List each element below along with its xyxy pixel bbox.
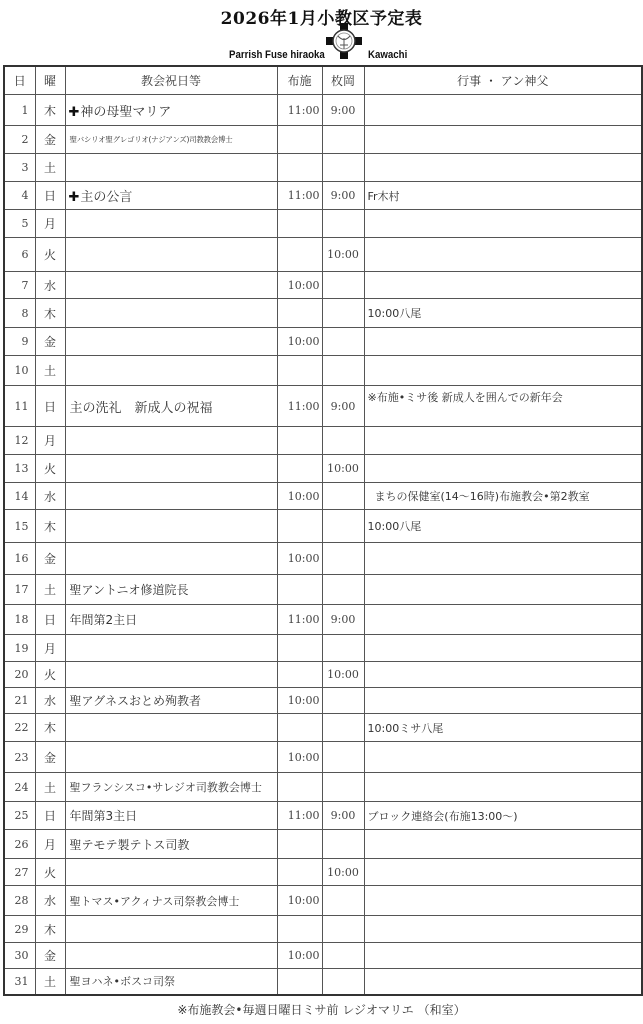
hiraoka-time-cell	[322, 210, 364, 238]
event-cell	[364, 916, 642, 943]
weekday-cell: 火	[35, 859, 65, 886]
day-cell: 25	[4, 802, 35, 830]
day-cell: 23	[4, 742, 35, 773]
weekday-cell: 月	[35, 427, 65, 455]
event-cell	[364, 210, 642, 238]
hiraoka-time-cell: 10:00	[322, 238, 364, 272]
table-row: 25日年間第3主日11:009:00ブロック連絡会(布施13:00〜)	[4, 802, 642, 830]
fuse-time-cell	[277, 662, 322, 688]
event-cell	[364, 635, 642, 662]
fuse-time-cell	[277, 126, 322, 154]
table-row: 1木✚神の母聖マリア11:009:00	[4, 95, 642, 126]
weekday-cell: 日	[35, 802, 65, 830]
day-cell: 26	[4, 830, 35, 859]
feast-cell	[65, 238, 277, 272]
day-cell: 1	[4, 95, 35, 126]
event-cell	[364, 662, 642, 688]
fuse-time-cell	[277, 210, 322, 238]
fuse-time-cell	[277, 773, 322, 802]
hiraoka-time-cell	[322, 427, 364, 455]
event-cell	[364, 95, 642, 126]
day-cell: 4	[4, 182, 35, 210]
hiraoka-time-cell	[322, 575, 364, 605]
table-row: 22木10:00ミサ八尾	[4, 714, 642, 742]
fuse-time-cell	[277, 455, 322, 483]
feast-cell	[65, 154, 277, 182]
column-header-hiraoka: 枚岡	[322, 66, 364, 95]
table-row: 6火10:00	[4, 238, 642, 272]
table-row: 19月	[4, 635, 642, 662]
feast-label: 聖バシリオ聖グレゴリオ(ナジアンズ)司教教会博士	[70, 135, 233, 144]
weekday-cell: 土	[35, 356, 65, 386]
fuse-time-cell: 11:00	[277, 605, 322, 635]
fuse-time-cell	[277, 969, 322, 995]
day-cell: 27	[4, 859, 35, 886]
feast-label: 神の母聖マリア	[80, 105, 171, 120]
fuse-time-cell	[277, 238, 322, 272]
day-cell: 19	[4, 635, 35, 662]
fuse-time-cell	[277, 510, 322, 543]
feast-label: 聖アントニオ修道院長	[70, 583, 189, 597]
column-header-weekday: 曜	[35, 66, 65, 95]
event-cell: ※布施•ミサ後 新成人を囲んでの新年会	[364, 386, 642, 427]
feast-cell: ✚神の母聖マリア	[65, 95, 277, 126]
event-cell	[364, 688, 642, 714]
hiraoka-time-cell: 9:00	[322, 802, 364, 830]
feast-label: 年間第3主日	[70, 809, 138, 823]
feast-cell: 年間第2主日	[65, 605, 277, 635]
feast-label: 聖テモテ製テトス司教	[70, 838, 190, 852]
fuse-time-cell: 11:00	[277, 386, 322, 427]
fuse-time-cell: 11:00	[277, 95, 322, 126]
fuse-time-cell: 10:00	[277, 742, 322, 773]
hiraoka-time-cell	[322, 272, 364, 299]
fuse-time-cell: 10:00	[277, 688, 322, 714]
weekday-cell: 木	[35, 916, 65, 943]
hiraoka-time-cell	[322, 483, 364, 510]
column-header-fuse: 布施	[277, 66, 322, 95]
fuse-time-cell: 10:00	[277, 328, 322, 356]
event-cell	[364, 272, 642, 299]
weekday-cell: 水	[35, 886, 65, 916]
table-row: 30金10:00	[4, 943, 642, 969]
fuse-time-cell: 11:00	[277, 802, 322, 830]
schedule-table: 日 曜 教会祝日等 布施 枚岡 行事 ・ アン神父 1木✚神の母聖マリア11:0…	[3, 65, 643, 996]
fuse-time-cell: 10:00	[277, 943, 322, 969]
table-row: 27火10:00	[4, 859, 642, 886]
feast-label: 主の洗礼 新成人の祝福	[70, 401, 213, 416]
event-cell	[364, 575, 642, 605]
hiraoka-time-cell	[322, 635, 364, 662]
hiraoka-time-cell: 9:00	[322, 605, 364, 635]
feast-label: 聖トマス•アクィナス司祭教会博士	[70, 895, 240, 908]
feast-cell: 聖バシリオ聖グレゴリオ(ナジアンズ)司教教会博士	[65, 126, 277, 154]
table-row: 23金10:00	[4, 742, 642, 773]
event-cell	[364, 126, 642, 154]
parish-name-right: Kawachi	[368, 49, 407, 61]
weekday-cell: 金	[35, 943, 65, 969]
table-row: 17土聖アントニオ修道院長	[4, 575, 642, 605]
table-row: 3土	[4, 154, 642, 182]
weekday-cell: 金	[35, 126, 65, 154]
day-cell: 17	[4, 575, 35, 605]
hiraoka-time-cell	[322, 969, 364, 995]
fuse-time-cell	[277, 635, 322, 662]
day-cell: 31	[4, 969, 35, 995]
day-cell: 29	[4, 916, 35, 943]
feast-cell: 聖アグネスおとめ殉教者	[65, 688, 277, 714]
event-cell: ブロック連絡会(布施13:00〜)	[364, 802, 642, 830]
weekday-cell: 月	[35, 635, 65, 662]
feast-cell	[65, 483, 277, 510]
table-row: 26月聖テモテ製テトス司教	[4, 830, 642, 859]
weekday-cell: 土	[35, 575, 65, 605]
hiraoka-time-cell	[322, 299, 364, 328]
event-cell	[364, 943, 642, 969]
event-cell	[364, 742, 642, 773]
day-cell: 7	[4, 272, 35, 299]
fuse-time-cell	[277, 575, 322, 605]
weekday-cell: 月	[35, 830, 65, 859]
day-cell: 22	[4, 714, 35, 742]
cross-icon: ✚	[69, 105, 80, 120]
weekday-cell: 土	[35, 154, 65, 182]
cross-icon: ✚	[69, 190, 80, 205]
hiraoka-time-cell	[322, 328, 364, 356]
feast-cell	[65, 635, 277, 662]
feast-cell	[65, 943, 277, 969]
feast-cell	[65, 916, 277, 943]
feast-cell: 聖アントニオ修道院長	[65, 575, 277, 605]
feast-cell	[65, 299, 277, 328]
event-cell	[364, 543, 642, 575]
day-cell: 15	[4, 510, 35, 543]
fuse-time-cell	[277, 299, 322, 328]
feast-label: 主の公言	[80, 190, 132, 205]
weekday-cell: 水	[35, 688, 65, 714]
feast-cell	[65, 210, 277, 238]
table-row: 14水10:00まちの保健室(14〜16時)布施教会•第2教室	[4, 483, 642, 510]
weekday-cell: 木	[35, 299, 65, 328]
event-cell	[364, 605, 642, 635]
feast-label: 聖ヨハネ•ボスコ司祭	[70, 975, 176, 988]
hiraoka-time-cell: 10:00	[322, 662, 364, 688]
hiraoka-time-cell: 9:00	[322, 182, 364, 210]
event-cell	[364, 773, 642, 802]
feast-cell: 年間第3主日	[65, 802, 277, 830]
event-cell	[364, 859, 642, 886]
fuse-time-cell	[277, 830, 322, 859]
day-cell: 3	[4, 154, 35, 182]
hiraoka-time-cell	[322, 773, 364, 802]
event-cell	[364, 830, 642, 859]
fuse-time-cell	[277, 154, 322, 182]
weekday-cell: 金	[35, 742, 65, 773]
hiraoka-time-cell: 9:00	[322, 95, 364, 126]
table-row: 9金10:00	[4, 328, 642, 356]
feast-cell: 主の洗礼 新成人の祝福	[65, 386, 277, 427]
hiraoka-time-cell: 10:00	[322, 455, 364, 483]
feast-cell	[65, 510, 277, 543]
hiraoka-time-cell	[322, 543, 364, 575]
feast-cell	[65, 662, 277, 688]
feast-cell: 聖ヨハネ•ボスコ司祭	[65, 969, 277, 995]
hiraoka-time-cell	[322, 510, 364, 543]
parish-name-left: Parrish Fuse hiraoka	[229, 49, 325, 61]
table-row: 18日年間第2主日11:009:00	[4, 605, 642, 635]
table-row: 5月	[4, 210, 642, 238]
feast-cell: 聖フランシスコ•サレジオ司教教会博士	[65, 773, 277, 802]
feast-label: 年間第2主日	[70, 613, 138, 627]
weekday-cell: 火	[35, 238, 65, 272]
event-cell	[364, 427, 642, 455]
table-row: 12月	[4, 427, 642, 455]
feast-cell	[65, 427, 277, 455]
day-cell: 12	[4, 427, 35, 455]
feast-cell	[65, 328, 277, 356]
table-row: 20火10:00	[4, 662, 642, 688]
weekday-cell: 日	[35, 182, 65, 210]
fuse-time-cell	[277, 356, 322, 386]
feast-cell	[65, 455, 277, 483]
weekday-cell: 火	[35, 662, 65, 688]
day-cell: 6	[4, 238, 35, 272]
event-cell: まちの保健室(14〜16時)布施教会•第2教室	[364, 483, 642, 510]
hiraoka-time-cell: 10:00	[322, 859, 364, 886]
table-row: 11日主の洗礼 新成人の祝福11:009:00※布施•ミサ後 新成人を囲んでの新…	[4, 386, 642, 427]
day-cell: 5	[4, 210, 35, 238]
feast-cell	[65, 543, 277, 575]
page-title: 2026年1月小教区予定表	[0, 4, 643, 29]
fuse-time-cell: 11:00	[277, 182, 322, 210]
fuse-time-cell: 10:00	[277, 483, 322, 510]
weekday-cell: 日	[35, 386, 65, 427]
weekday-cell: 土	[35, 773, 65, 802]
day-cell: 28	[4, 886, 35, 916]
hiraoka-time-cell	[322, 688, 364, 714]
day-cell: 30	[4, 943, 35, 969]
weekday-cell: 水	[35, 483, 65, 510]
weekday-cell: 日	[35, 605, 65, 635]
table-row: 10土	[4, 356, 642, 386]
hiraoka-time-cell	[322, 154, 364, 182]
hiraoka-time-cell: 9:00	[322, 386, 364, 427]
footer-note: ※布施教会•毎週日曜日ミサ前 レジオマリエ （和室）	[0, 1001, 643, 1018]
day-cell: 10	[4, 356, 35, 386]
table-row: 21水聖アグネスおとめ殉教者10:00	[4, 688, 642, 714]
weekday-cell: 火	[35, 455, 65, 483]
weekday-cell: 月	[35, 210, 65, 238]
table-row: 15木10:00八尾	[4, 510, 642, 543]
weekday-cell: 土	[35, 969, 65, 995]
weekday-cell: 木	[35, 714, 65, 742]
event-cell	[364, 238, 642, 272]
feast-cell	[65, 859, 277, 886]
table-row: 31土聖ヨハネ•ボスコ司祭	[4, 969, 642, 995]
feast-cell	[65, 742, 277, 773]
table-header-row: 日 曜 教会祝日等 布施 枚岡 行事 ・ アン神父	[4, 66, 642, 95]
hiraoka-time-cell	[322, 126, 364, 154]
column-header-day: 日	[4, 66, 35, 95]
hiraoka-time-cell	[322, 886, 364, 916]
day-cell: 24	[4, 773, 35, 802]
feast-cell	[65, 272, 277, 299]
day-cell: 16	[4, 543, 35, 575]
table-row: 13火10:00	[4, 455, 642, 483]
table-row: 24土聖フランシスコ•サレジオ司教教会博士	[4, 773, 642, 802]
table-row: 4日✚主の公言11:009:00Fr木村	[4, 182, 642, 210]
day-cell: 21	[4, 688, 35, 714]
hiraoka-time-cell	[322, 742, 364, 773]
table-row: 29木	[4, 916, 642, 943]
event-cell	[364, 455, 642, 483]
fuse-time-cell: 10:00	[277, 886, 322, 916]
event-cell	[364, 328, 642, 356]
day-cell: 2	[4, 126, 35, 154]
weekday-cell: 水	[35, 272, 65, 299]
event-cell: Fr木村	[364, 182, 642, 210]
day-cell: 18	[4, 605, 35, 635]
day-cell: 13	[4, 455, 35, 483]
column-header-events: 行事 ・ アン神父	[364, 66, 642, 95]
table-row: 8木10:00八尾	[4, 299, 642, 328]
weekday-cell: 木	[35, 510, 65, 543]
day-cell: 14	[4, 483, 35, 510]
feast-cell	[65, 714, 277, 742]
cross-emblem-icon	[326, 23, 362, 59]
fuse-time-cell	[277, 916, 322, 943]
event-cell: 10:00ミサ八尾	[364, 714, 642, 742]
feast-label: 聖アグネスおとめ殉教者	[70, 694, 202, 708]
table-row: 7水10:00	[4, 272, 642, 299]
fuse-time-cell	[277, 714, 322, 742]
fuse-time-cell: 10:00	[277, 543, 322, 575]
hiraoka-time-cell	[322, 356, 364, 386]
event-cell: 10:00八尾	[364, 299, 642, 328]
day-cell: 9	[4, 328, 35, 356]
fuse-time-cell	[277, 859, 322, 886]
day-cell: 8	[4, 299, 35, 328]
event-cell	[364, 154, 642, 182]
event-cell	[364, 969, 642, 995]
day-cell: 11	[4, 386, 35, 427]
day-cell: 20	[4, 662, 35, 688]
feast-cell: 聖テモテ製テトス司教	[65, 830, 277, 859]
fuse-time-cell	[277, 427, 322, 455]
weekday-cell: 金	[35, 328, 65, 356]
feast-cell	[65, 356, 277, 386]
weekday-cell: 金	[35, 543, 65, 575]
hiraoka-time-cell	[322, 830, 364, 859]
table-row: 16金10:00	[4, 543, 642, 575]
column-header-feast: 教会祝日等	[65, 66, 277, 95]
hiraoka-time-cell	[322, 714, 364, 742]
weekday-cell: 木	[35, 95, 65, 126]
feast-cell: ✚主の公言	[65, 182, 277, 210]
feast-cell: 聖トマス•アクィナス司祭教会博士	[65, 886, 277, 916]
feast-label: 聖フランシスコ•サレジオ司教教会博士	[70, 781, 262, 794]
hiraoka-time-cell	[322, 943, 364, 969]
fuse-time-cell: 10:00	[277, 272, 322, 299]
event-cell	[364, 886, 642, 916]
hiraoka-time-cell	[322, 916, 364, 943]
event-cell	[364, 356, 642, 386]
table-row: 28水聖トマス•アクィナス司祭教会博士10:00	[4, 886, 642, 916]
table-row: 2金聖バシリオ聖グレゴリオ(ナジアンズ)司教教会博士	[4, 126, 642, 154]
event-cell: 10:00八尾	[364, 510, 642, 543]
